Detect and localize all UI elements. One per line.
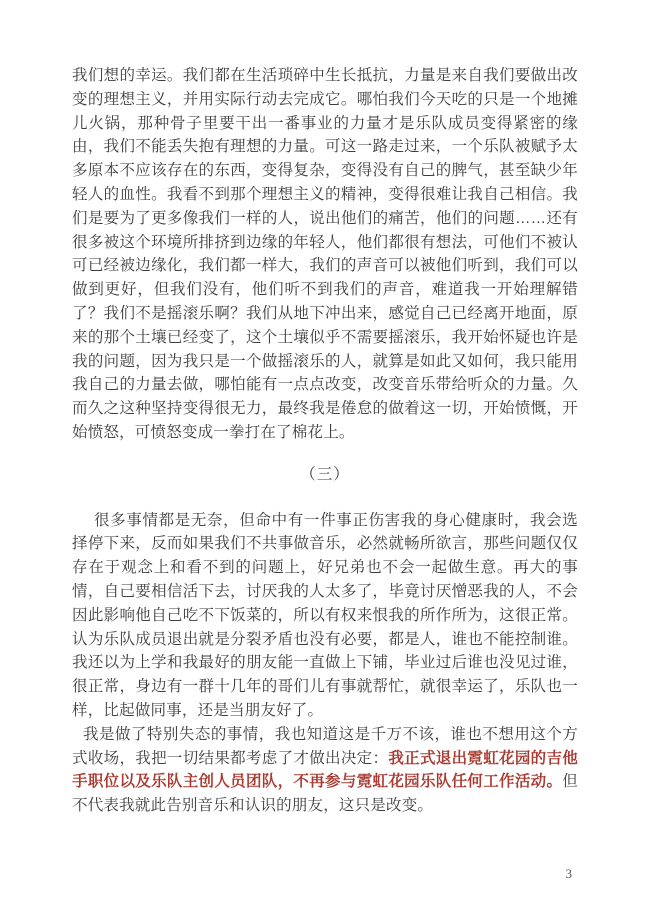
paragraph-body: 很多事情都是无奈，但命中有一件事正伤害我的身心健康时，我会选择停下来，反而如果我… bbox=[72, 509, 578, 723]
page-number: 3 bbox=[566, 866, 573, 882]
document-body: 我们想的幸运。我们都在生活琐碎中生长抵抗，力量是来自我们要做出改变的理想主义，并… bbox=[72, 64, 578, 818]
paragraph-continuation: 我们想的幸运。我们都在生活琐碎中生长抵抗，力量是来自我们要做出改变的理想主义，并… bbox=[72, 64, 578, 445]
paragraph-decision: 我是做了特别失态的事情，我也知道这是千万不该，谁也不想用这个方式收场，我把一切结… bbox=[72, 723, 578, 818]
section-heading: （三） bbox=[72, 463, 578, 487]
document-page: 我们想的幸运。我们都在生活琐碎中生长抵抗，力量是来自我们要做出改变的理想主义，并… bbox=[0, 0, 650, 920]
